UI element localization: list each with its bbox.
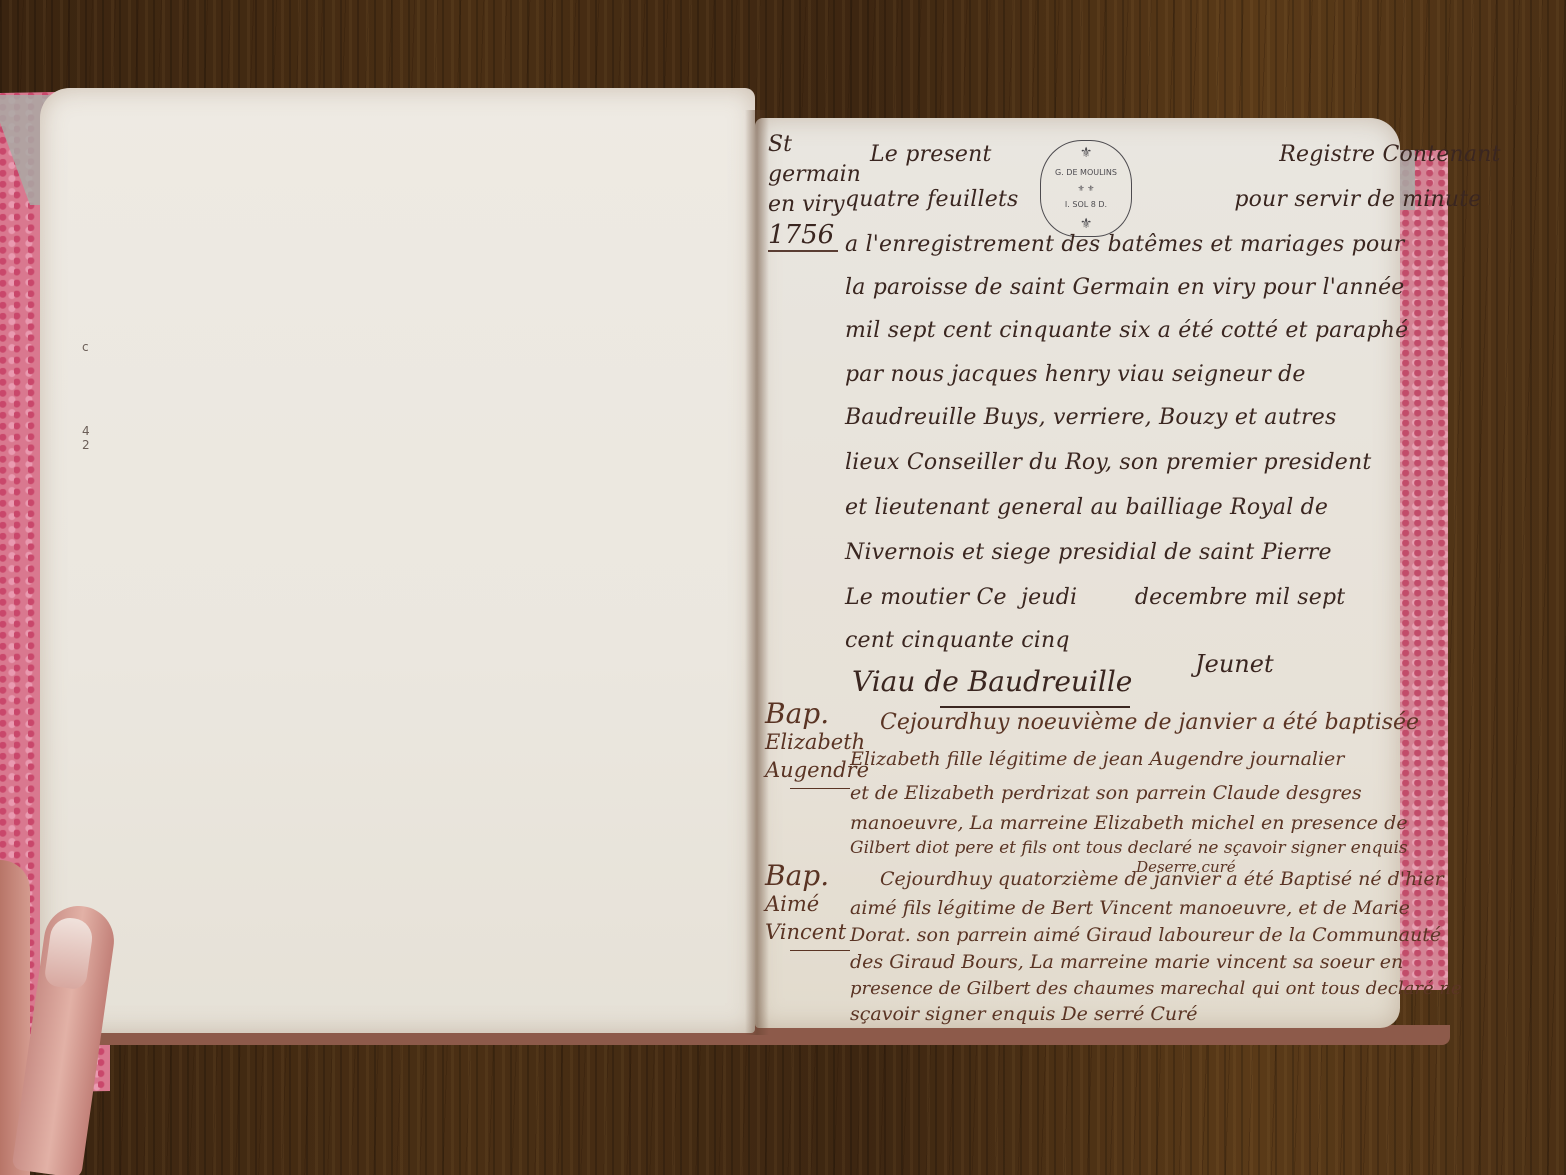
preamble-line: Baudreuille Buys, verriere, Bouzy et aut… <box>845 405 1336 430</box>
preamble-line: quatre feuillets pour servir de minute <box>845 187 1482 212</box>
stamp-top-text: G. DE MOULINS <box>1055 168 1117 177</box>
entry-margin-label-1: Bap. Elizabeth Augendre <box>765 700 850 789</box>
preamble-line: Le moutier Ce jeudi decembre mil sept <box>845 585 1345 610</box>
entry-line: et de Elizabeth perdrizat son parrein Cl… <box>850 782 1362 804</box>
baptism-label: Bap. <box>765 700 850 728</box>
entry-margin-label-2: Bap. Aimé Vincent <box>765 862 850 951</box>
pencil-mark: 4 <box>82 424 90 438</box>
entry-line: sçavoir signer enquis De serré Curé <box>850 1003 1198 1025</box>
fleur-de-lis-icon: ⚜ <box>1080 216 1093 232</box>
baptized-surname: Vincent <box>765 920 846 944</box>
margin-underline <box>790 950 850 951</box>
baptism-label: Bap. <box>765 862 850 890</box>
entry-line: Gilbert diot pere et fils ont tous decla… <box>850 838 1408 858</box>
preamble-line: lieux Conseiller du Roy, son premier pre… <box>845 450 1371 475</box>
signature-underline <box>940 706 1130 708</box>
register-year: 1756 <box>768 220 838 252</box>
entry-line: aimé fils légitime de Bert Vincent manoe… <box>850 897 1410 919</box>
entry-line: Dorat. son parrein aimé Giraud laboureur… <box>850 924 1441 946</box>
preamble-line: Le present Registre Contenant <box>870 142 1501 167</box>
preamble-line: la paroisse de saint Germain en viry pou… <box>845 275 1405 300</box>
entry-line: Elizabeth fille légitime de jean Augendr… <box>850 748 1344 770</box>
entry-line: presence de Gilbert des chaumes marechal… <box>850 978 1462 999</box>
entry-line: Cejourdhuy noeuvième de janvier a été ba… <box>880 710 1419 735</box>
parish-place: en viry <box>768 192 845 217</box>
pencil-mark: c <box>82 340 90 354</box>
entry-line: Cejourdhuy quatorzième de janvier a été … <box>880 868 1444 890</box>
preamble-line: a l'enregistrement des batêmes et mariag… <box>845 232 1405 257</box>
preamble-line: par nous jacques henry viau seigneur de <box>845 362 1306 387</box>
left-page-pencil-marks: c 4 2 <box>82 340 90 452</box>
pencil-mark: 2 <box>82 438 90 452</box>
preamble-line: mil sept cent cinquante six a été cotté … <box>845 318 1408 343</box>
parish-name: St germain <box>768 132 861 187</box>
signature-viau-de-baudreuille: Viau de Baudreuille <box>852 665 1132 698</box>
baptized-first-name: Aimé <box>765 892 819 916</box>
margin-underline <box>790 788 850 789</box>
signature-jeunet: Jeunet <box>1195 650 1274 678</box>
entry-line: manoeuvre, La marreine Elizabeth michel … <box>850 812 1408 834</box>
preamble-line: cent cinquante cinq <box>845 628 1070 653</box>
left-page-blank <box>40 88 755 1033</box>
preamble-line: Nivernois et siege presidial de saint Pi… <box>845 540 1332 565</box>
preamble-line: et lieutenant general au bailliage Royal… <box>845 495 1328 520</box>
entry-line: des Giraud Bours, La marreine marie vinc… <box>850 951 1403 973</box>
